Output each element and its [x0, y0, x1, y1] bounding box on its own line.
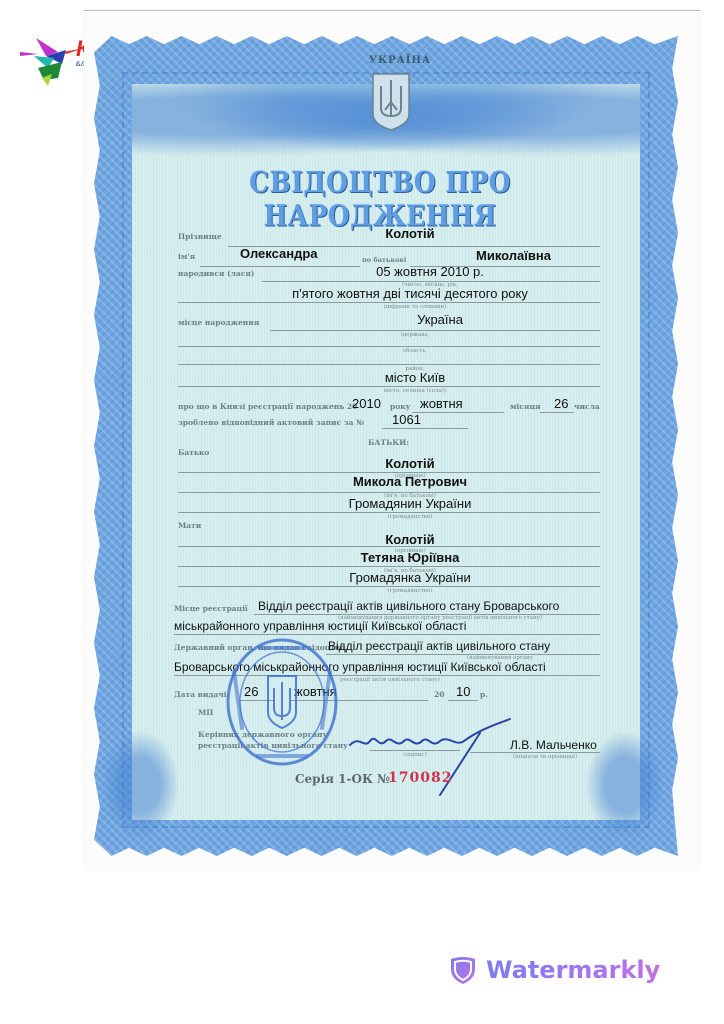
day-suffix: числа: [574, 402, 600, 411]
issue-date-label: Дата видачі: [174, 690, 227, 699]
birthplace-country: Україна: [370, 312, 510, 327]
mother-label: Мати: [178, 521, 201, 530]
seal-label: МП: [198, 708, 213, 717]
registration-place-line1: Відділ реєстрації актів цивільного стану…: [258, 599, 559, 613]
birth-date-digits: 05 жовтня 2010 р.: [330, 264, 530, 279]
issue-year-prefix: 20: [434, 690, 444, 699]
region-line: [178, 346, 600, 347]
city-hint: міста, селища (села)): [350, 388, 480, 394]
handwritten-signature: [330, 715, 530, 805]
registration-year: 2010: [352, 396, 381, 411]
born-label: народився (лася): [178, 269, 254, 278]
issuer-line1: Відділ реєстрації актів цивільного стану: [328, 639, 550, 653]
shield-icon: [448, 955, 478, 985]
child-patronymic: Миколаївна: [476, 248, 551, 263]
birthplace-country-line: [270, 330, 600, 331]
mother-name-line: [178, 566, 600, 567]
record-label: зроблено відповідний актовий запис за №: [178, 418, 364, 427]
year-suffix: року: [390, 402, 410, 411]
record-line: [382, 428, 468, 429]
father-citizenship: Громадянин України: [280, 496, 540, 511]
child-surname: Колотій: [300, 226, 520, 241]
mother-surname: Колотій: [300, 532, 520, 547]
birth-words-hint: цифрами та словами): [360, 304, 470, 310]
father-citizenship-line: [178, 512, 600, 513]
record-number: 1061: [392, 412, 421, 427]
mother-name: Тетяна Юріївна: [280, 550, 540, 565]
birth-words-line: [178, 302, 600, 303]
mother-citizenship-hint: (громадянство): [360, 588, 460, 594]
month-suffix: місяця: [510, 402, 541, 411]
city-line: [178, 386, 600, 387]
trident-coat-of-arms-icon: [371, 72, 411, 132]
document-title: СВІДОЦТВО ПРО НАРОДЖЕННЯ: [170, 166, 590, 233]
birth-date-words: п'ятого жовтня дві тисячі десятого року: [240, 286, 580, 301]
bird-ornament-right: [585, 730, 665, 840]
country-hint: (держава,: [360, 332, 470, 338]
watermark-text: Watermarkly: [486, 956, 660, 984]
issue-year: 10: [456, 684, 470, 699]
region-hint: область,: [360, 348, 470, 354]
father-name: Микола Петрович: [280, 474, 540, 489]
registration-place-label: Місце реєстрації: [174, 604, 248, 613]
father-surname: Колотій: [300, 456, 520, 471]
day-line: [540, 412, 574, 413]
name-label: ім'я: [178, 252, 195, 261]
month-line: [412, 412, 504, 413]
bird-ornament-left: [100, 730, 180, 840]
registration-day: 26: [554, 396, 568, 411]
district-line: [178, 364, 600, 365]
official-seal-stamp: [222, 630, 342, 770]
registration-month: жовтня: [420, 396, 463, 411]
birthplace-city: місто Київ: [340, 370, 490, 385]
mother-surname-line: [178, 546, 600, 547]
mother-citizenship-line: [178, 586, 600, 587]
father-label: Батько: [178, 448, 209, 457]
serial-number: 170082: [388, 770, 452, 786]
issue-year-line: [448, 700, 478, 701]
issue-year-suffix: р.: [480, 690, 488, 699]
mother-citizenship: Громадянка України: [280, 570, 540, 585]
watermark: Watermarkly: [448, 955, 660, 985]
country-label: УКРАЇНА: [355, 55, 445, 66]
child-name: Олександра: [240, 246, 318, 261]
surname-label: Прізвище: [178, 232, 222, 241]
serial-label: Серія 1-ОК №: [295, 772, 390, 786]
patronymic-label: по батькові: [362, 256, 406, 264]
registration-book-text: про що в Книзі реєстрації народжень 20: [178, 402, 357, 411]
father-citizenship-hint: (громадянство): [360, 514, 460, 520]
parents-heading: БАТЬКИ:: [368, 438, 409, 447]
birthplace-label: місце народження: [178, 318, 259, 327]
